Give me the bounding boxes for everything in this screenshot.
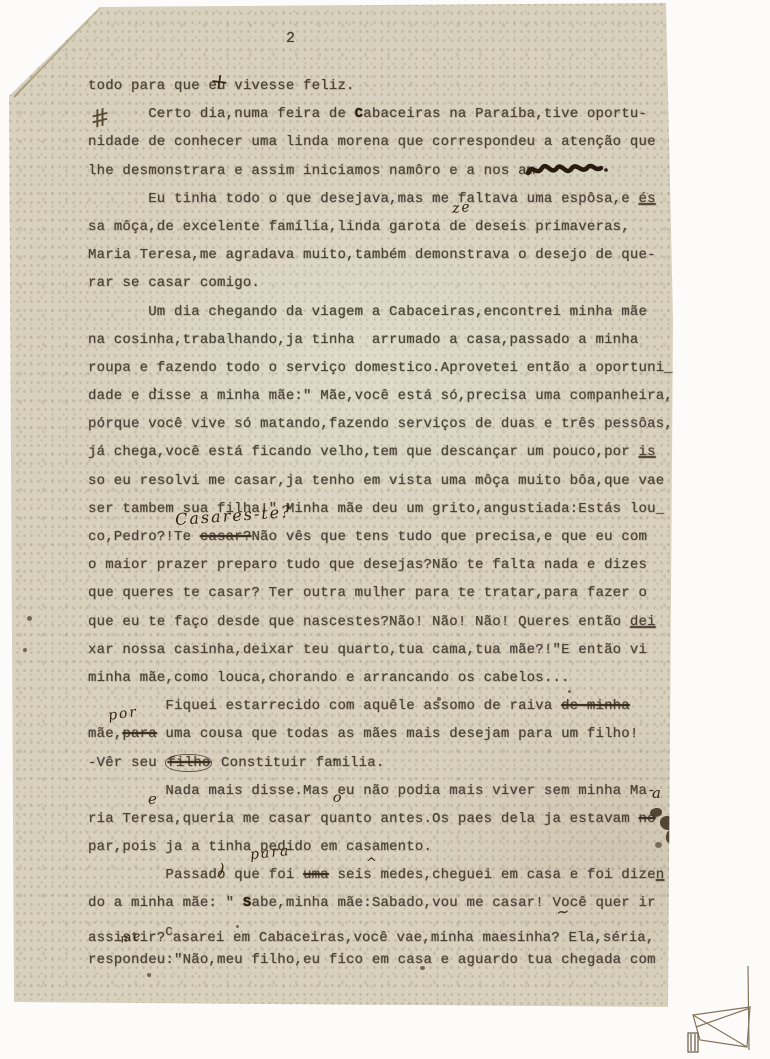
page-number: 2 [286,30,295,47]
ink-scribble [524,158,610,182]
text-line: dade e disse a minha mãe:" Mãe,você está… [88,382,688,410]
text-line: Nada mais disse.Mas eu não podia mais vi… [88,777,688,805]
handwritten-tilde: ~ [555,901,573,922]
text-line: todo para que eu vivesse feliz. [88,72,688,100]
text-line: Certo dia,numa feira de Cabaceiras na Pa… [88,100,688,128]
ink-blotch [666,830,675,843]
text-line: rar se casar comigo. [88,269,688,297]
text-segment: Constituir familia. [212,755,384,771]
text-segment: respondeu:"Não,meu filho,eu fico em casa… [88,952,656,968]
paper-speck [27,616,32,621]
text-line: xar nossa casinha,deixar teu quarto,tua … [88,636,688,664]
text-segment: Passado que foi [88,867,303,883]
text-segment: Nada mais disse.Mas eu não podia mais vi… [88,783,656,799]
handwritten-correction-ze: ze [451,199,472,217]
text-segment: nidade de conhecer uma linda morena que … [88,134,656,150]
ink-blotch [660,816,676,830]
text-line: par,pois ja a tinha pedido em casamento. [88,833,688,861]
text-segment: pórque você vive só matando,fazendo serv… [88,416,673,432]
text-segment: ria Teresa,queria me casar quanto antes.… [88,811,639,827]
text-segment: Não vês que tens tudo que precisa,e que … [251,529,647,545]
text-line: o maior prazer preparo tudo que desejas?… [88,551,688,579]
text-segment: Fiquei estarrecido com aquêle assomo de … [88,698,561,714]
text-segment: abe,minha mãe:Sabado,vou me casar! Você … [251,895,655,911]
text-segment: do a minha mãe: " [88,895,243,911]
paper-speck [437,697,441,701]
text-line: ria Teresa,queria me casar quanto antes.… [88,805,688,833]
text-line: Maria Teresa,me agradava muito,também de… [88,241,688,269]
text-segment: lhe desmonstrara e assim iniciamos namôr… [88,163,535,179]
text-line: Fiquei estarrecido com aquêle assomo de … [88,692,688,720]
pencil-corner-sketch [655,952,767,1059]
text-segment: minha mãe,como louca,chorando e arrancan… [88,670,570,686]
text-segment: Um dia chegando da viagem a Cabaceiras,e… [88,304,647,320]
text-line: roupa e fazendo todo o serviço domestico… [88,354,688,382]
paper-speck [568,690,571,693]
text-segment: Eu tinha todo o que desejava,mas me falt… [88,191,639,207]
text-segment: na cosinha,trabalhando,ja tinha arrumado… [88,332,639,348]
text-segment: C [355,106,364,122]
text-line: Um dia chegando da viagem a Cabaceiras,e… [88,298,688,326]
text-segment: rar se casar comigo. [88,275,260,291]
text-segment: uma cousa que todas as mães mais desejam… [157,726,639,742]
scan-edge-line [96,0,672,2]
text-segment: Certo dia,numa feira de [88,106,355,122]
text-segment: C [165,925,172,939]
text-line: so eu resolvi me casar,ja tenho em vista… [88,467,688,495]
text-segment: filho [165,754,212,772]
handwritten-grave-accent: ` [150,386,161,407]
text-segment: és [639,191,656,207]
text-line: assistir?Casarei em Cabaceiras,você vae,… [88,918,688,946]
text-segment: mãe, [88,726,122,742]
text-segment: que queres te casar? Ter outra mulher pa… [88,585,647,601]
handwritten-e: e [148,790,159,808]
text-segment: de minha [561,698,630,714]
text-line: sa môça,de excelente família,linda garot… [88,213,688,241]
text-segment: asarei em Cabaceiras,você vae,minha maes… [173,930,655,946]
text-segment: dei [630,614,656,630]
text-segment: co,Pedro?!Te [88,529,200,545]
text-segment: -Vêr seu [88,755,165,771]
text-segment: sa môça,de excelente família,linda garot… [88,219,630,235]
text-segment: xar nossa casinha,deixar teu quarto,tua … [88,642,647,658]
text-line: nidade de conhecer uma linda morena que … [88,128,688,156]
text-segment: para [122,726,156,742]
text-segment: casar? [200,529,252,545]
text-line: na cosinha,trabalhando,ja tinha arrumado… [88,326,688,354]
text-line: minha mãe,como louca,chorando e arrancan… [88,664,688,692]
text-segment: so eu resolvi me casar,ja tenho em vista… [88,473,664,489]
text-line: -Vêr seu filho Constituir familia. [88,749,688,777]
handwritten-a: a [652,784,663,802]
paper-speck [23,648,27,652]
paper-speck [236,925,239,928]
text-segment: roupa e fazendo todo o serviço domestico… [88,360,673,376]
paper-speck [420,966,425,970]
text-segment: uma [303,867,329,883]
text-segment: dade e disse a minha mãe:" Mãe,você está… [88,388,673,404]
text-line: pórque você vive só matando,fazendo serv… [88,410,688,438]
text-line: do a minha mãe: " Sabe,minha mãe:Sabado,… [88,889,688,917]
text-segment: o maior prazer preparo tudo que desejas?… [88,557,647,573]
text-line: já chega,você está ficando velho,tem que… [88,438,688,466]
paper-speck [147,973,151,977]
text-line: respondeu:"Não,meu filho,eu fico em casa… [88,946,688,974]
ink-blotch [655,842,662,848]
scanned-document: 2 todo para que eu vivesse feliz. Certo … [0,0,770,1059]
text-segment: Maria Teresa,me agradava muito,também de… [88,247,656,263]
text-segment: n [656,867,665,883]
text-line: que eu te faço desde que nascestes?Não! … [88,608,688,636]
handwritten-plus-mark: + [208,69,232,97]
text-line: Passado que foi uma seis medes,cheguei e… [88,861,688,889]
text-segment: que eu te faço desde que nascestes?Não! … [88,614,630,630]
paper-speck [333,758,336,761]
text-segment: já chega,você está ficando velho,tem que… [88,444,639,460]
text-line: Eu tinha todo o que desejava,mas me falt… [88,185,688,213]
text-line: mãe,para uma cousa que todas as mães mai… [88,720,688,748]
text-line: que queres te casar? Ter outra mulher pa… [88,579,688,607]
text-segment: abaceiras na Paraíba,tive oportu- [363,106,647,122]
paper-sheet: 2 todo para que eu vivesse feliz. Certo … [0,0,770,1059]
text-segment: is [639,444,656,460]
handwritten-caret: ^ [366,856,379,871]
